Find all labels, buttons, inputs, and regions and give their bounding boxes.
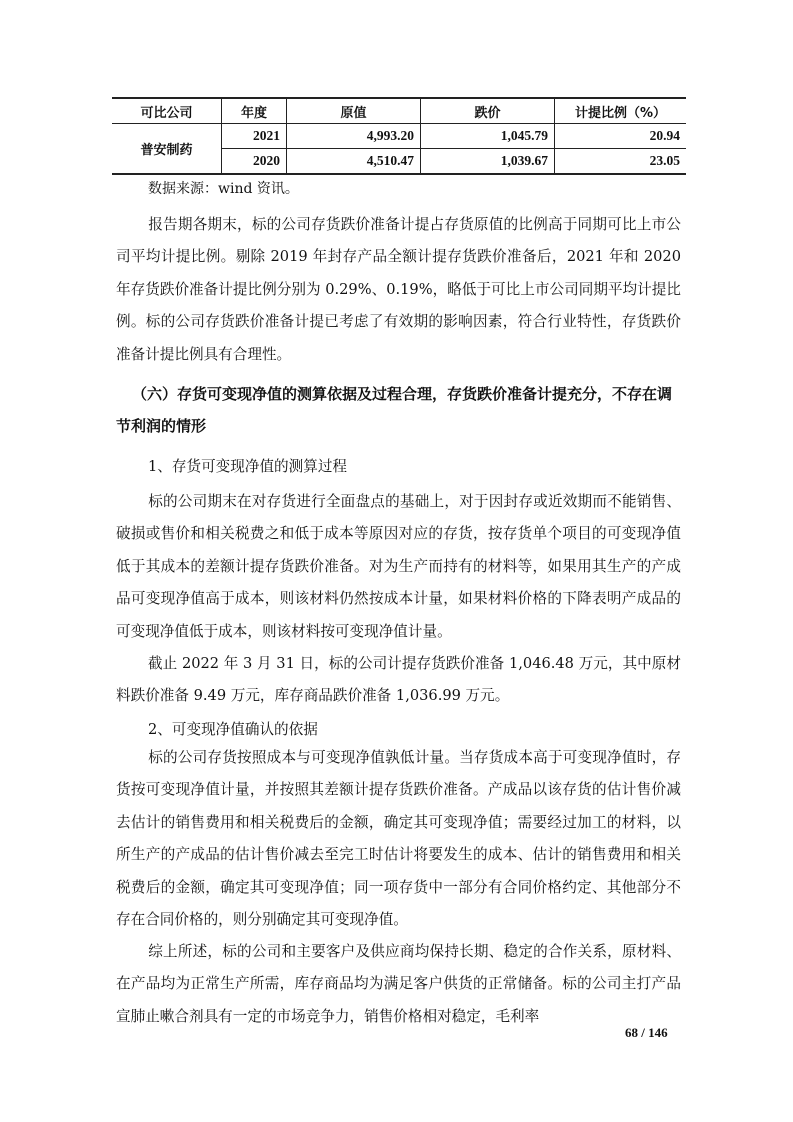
- paragraph-impairment-amounts: 截止 2022 年 3 月 31 日，标的公司计提存货跌价准备 1,046.48…: [116, 648, 681, 713]
- paragraph-text: 报告期各期末，标的公司存货跌价准备计提占存货原值的比例高于同期可比上市公司平均计…: [116, 216, 681, 363]
- paragraph-text: 标的公司存货按照成本与可变现净值孰低计量。当存货成本高于可变现净值时，存货按可变…: [116, 749, 681, 928]
- paragraph-ratio-analysis: 报告期各期末，标的公司存货跌价准备计提占存货原值的比例高于同期可比上市公司平均计…: [116, 209, 681, 371]
- year-cell: 2020: [222, 149, 287, 175]
- paragraph-summary: 综上所述，标的公司和主要客户及供应商均保持长期、稳定的合作关系，原材料、在产品均…: [116, 936, 681, 1033]
- original-value-cell: 4,510.47: [287, 149, 421, 175]
- header-company: 可比公司: [112, 98, 222, 124]
- ratio-cell: 23.05: [555, 149, 687, 175]
- header-original-value: 原值: [287, 98, 421, 124]
- section-heading: （六）存货可变现净值的测算依据及过程合理，存货跌价准备计提充分，不存在调节利润的…: [116, 378, 681, 443]
- table-row: 普安制药 2021 4,993.20 1,045.79 20.94: [112, 124, 686, 149]
- subheading-measurement-process: 1、存货可变现净值的测算过程: [148, 455, 347, 476]
- original-value-cell: 4,993.20: [287, 124, 421, 149]
- paragraph-recognition-basis: 标的公司存货按照成本与可变现净值孰低计量。当存货成本高于可变现净值时，存货按可变…: [116, 742, 681, 936]
- comparable-company-table: 可比公司 年度 原值 跌价 计提比例（%） 普安制药 2021 4,993.20…: [112, 97, 686, 175]
- year-cell: 2021: [222, 124, 287, 149]
- ratio-cell: 20.94: [555, 124, 687, 149]
- source-note: 数据来源：wind 资讯。: [148, 178, 299, 198]
- table-header-row: 可比公司 年度 原值 跌价 计提比例（%）: [112, 98, 686, 124]
- section-heading-text: （六）存货可变现净值的测算依据及过程合理，存货跌价准备计提充分，不存在调节利润的…: [116, 385, 672, 435]
- document-page: 可比公司 年度 原值 跌价 计提比例（%） 普安制药 2021 4,993.20…: [0, 0, 793, 1122]
- paragraph-text: 综上所述，标的公司和主要客户及供应商均保持长期、稳定的合作关系，原材料、在产品均…: [116, 943, 681, 1025]
- paragraph-text: 标的公司期末在对存货进行全面盘点的基础上，对于因封存或近效期而不能销售、破损或售…: [116, 493, 681, 640]
- paragraph-measurement-process: 标的公司期末在对存货进行全面盘点的基础上，对于因封存或近效期而不能销售、破损或售…: [116, 486, 681, 648]
- paragraph-text: 截止 2022 年 3 月 31 日，标的公司计提存货跌价准备 1,046.48…: [116, 655, 681, 704]
- header-ratio: 计提比例（%）: [555, 98, 687, 124]
- impairment-cell: 1,045.79: [421, 124, 555, 149]
- impairment-cell: 1,039.67: [421, 149, 555, 175]
- subheading-recognition-basis: 2、可变现净值确认的依据: [148, 718, 318, 739]
- header-year: 年度: [222, 98, 287, 124]
- header-impairment: 跌价: [421, 98, 555, 124]
- company-cell: 普安制药: [112, 124, 222, 175]
- page-number: 68 / 146: [625, 1025, 668, 1041]
